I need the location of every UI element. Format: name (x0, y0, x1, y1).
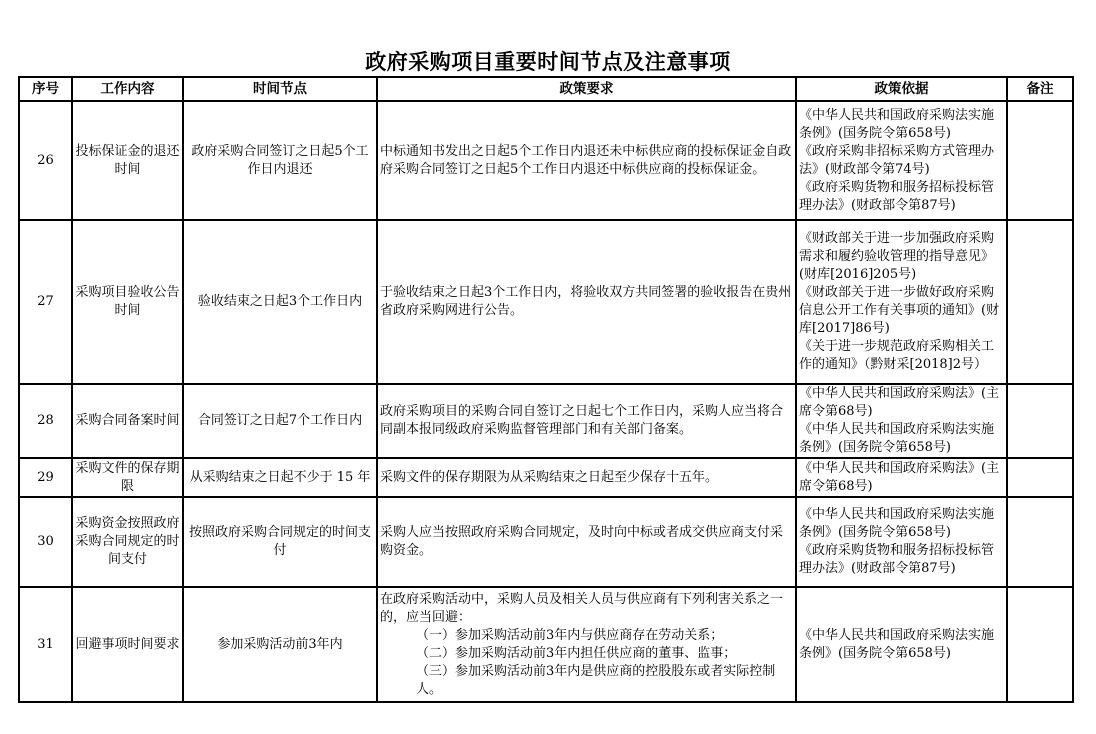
cell-no: 30 (19, 497, 72, 587)
cell-policy-basis: 《财政部关于进一步加强政府采购需求和履约验收管理的指导意见》(财库[2016]2… (796, 220, 1007, 384)
basis-item: 《财政部关于进一步加强政府采购需求和履约验收管理的指导意见》(财库[2016]2… (799, 230, 1004, 284)
cell-policy-requirement: 采购文件的保存期限为从采购结束之日起至少保存十五年。 (377, 458, 796, 497)
basis-item: 《财政部关于进一步做好政府采购信息公开工作有关事项的通知》(财库[2017]86… (799, 284, 1004, 338)
basis-item: 《中华人民共和国政府采购法》(主席令第68号) (799, 460, 1004, 496)
cell-time: 验收结束之日起3个工作日内 (183, 220, 377, 384)
cell-time: 合同签订之日起7个工作日内 (183, 384, 377, 458)
header-row: 序号 工作内容 时间节点 政策要求 政策依据 备注 (19, 77, 1073, 101)
requirement-text: 在政府采购活动中，采购人员及相关人员与供应商有下列利害关系之一的，应当回避： (380, 591, 793, 627)
cell-time: 政府采购合同签订之日起5个工作日内退还 (183, 101, 377, 220)
cell-remark (1007, 220, 1073, 384)
table-row: 27 采购项目验收公告时间 验收结束之日起3个工作日内 于验收结束之日起3个工作… (19, 220, 1073, 384)
cell-policy-requirement: 政府采购项目的采购合同自签订之日起七个工作日内，采购人应当将合同副本报同级政府采… (377, 384, 796, 458)
cell-no: 28 (19, 384, 72, 458)
cell-remark (1007, 497, 1073, 587)
requirement-item: （三）参加采购活动前3年内是供应商的控股股东或者实际控制人。 (380, 663, 793, 699)
requirement-text: 采购文件的保存期限为从采购结束之日起至少保存十五年。 (380, 469, 793, 487)
header-work: 工作内容 (72, 77, 183, 101)
header-time: 时间节点 (183, 77, 377, 101)
header-remark: 备注 (1007, 77, 1073, 101)
cell-remark (1007, 101, 1073, 220)
cell-remark (1007, 458, 1073, 497)
table-row: 30 采购资金按照政府采购合同规定的时间支付 按照政府采购合同规定的时间支付 采… (19, 497, 1073, 587)
cell-policy-basis: 《中华人民共和国政府采购法》(主席令第68号) (796, 458, 1007, 497)
cell-time: 从采购结束之日起不少于 15 年 (183, 458, 377, 497)
cell-no: 29 (19, 458, 72, 497)
header-policy-requirement: 政策要求 (377, 77, 796, 101)
requirement-text: 中标通知书发出之日起5个工作日内退还未中标供应商的投标保证金自政府采购合同签订之… (380, 143, 793, 179)
header-no: 序号 (19, 77, 72, 101)
basis-item: 《政府采购非招标采购方式管理办法》(财政部令第74号) (799, 143, 1004, 179)
header-policy-basis: 政策依据 (796, 77, 1007, 101)
cell-work: 采购文件的保存期限 (72, 458, 183, 497)
cell-work: 投标保证金的退还时间 (72, 101, 183, 220)
cell-no: 31 (19, 587, 72, 702)
basis-item: 《中华人民共和国政府采购法实施条例》(国务院令第658号) (799, 107, 1004, 143)
requirement-text: 政府采购项目的采购合同自签订之日起七个工作日内，采购人应当将合同副本报同级政府采… (380, 403, 793, 439)
table-row: 29 采购文件的保存期限 从采购结束之日起不少于 15 年 采购文件的保存期限为… (19, 458, 1073, 497)
table-row: 28 采购合同备案时间 合同签订之日起7个工作日内 政府采购项目的采购合同自签订… (19, 384, 1073, 458)
cell-no: 27 (19, 220, 72, 384)
cell-policy-basis: 《中华人民共和国政府采购法实施条例》(国务院令第658号) 《政府采购非招标采购… (796, 101, 1007, 220)
cell-work: 采购项目验收公告时间 (72, 220, 183, 384)
cell-remark (1007, 384, 1073, 458)
page-title: 政府采购项目重要时间节点及注意事项 (0, 46, 1096, 76)
table-row: 31 回避事项时间要求 参加采购活动前3年内 在政府采购活动中，采购人员及相关人… (19, 587, 1073, 702)
cell-time: 参加采购活动前3年内 (183, 587, 377, 702)
basis-item: 《关于进一步规范政府采购相关工作的通知》（黔财采[2018]2号） (799, 338, 1004, 374)
cell-work: 采购资金按照政府采购合同规定的时间支付 (72, 497, 183, 587)
cell-work: 采购合同备案时间 (72, 384, 183, 458)
cell-policy-basis: 《中华人民共和国政府采购法实施条例》(国务院令第658号) 《政府采购货物和服务… (796, 497, 1007, 587)
basis-item: 《政府采购货物和服务招标投标管理办法》(财政部令第87号) (799, 179, 1004, 215)
basis-item: 《中华人民共和国政府采购法》(主席令第68号) (799, 385, 1004, 421)
cell-no: 26 (19, 101, 72, 220)
cell-policy-basis: 《中华人民共和国政府采购法实施条例》(国务院令第658号) (796, 587, 1007, 702)
cell-policy-basis: 《中华人民共和国政府采购法》(主席令第68号) 《中华人民共和国政府采购法实施条… (796, 384, 1007, 458)
timeline-table: 序号 工作内容 时间节点 政策要求 政策依据 备注 26 投标保证金的退还时间 … (18, 76, 1074, 703)
requirement-text: 于验收结束之日起3个工作日内，将验收双方共同签署的验收报告在贵州省政府采购网进行… (380, 284, 793, 320)
basis-item: 《中华人民共和国政府采购法实施条例》(国务院令第658号) (799, 506, 1004, 542)
table-row: 26 投标保证金的退还时间 政府采购合同签订之日起5个工作日内退还 中标通知书发… (19, 101, 1073, 220)
cell-policy-requirement: 中标通知书发出之日起5个工作日内退还未中标供应商的投标保证金自政府采购合同签订之… (377, 101, 796, 220)
requirement-item: （二）参加采购活动前3年内担任供应商的董事、监事； (380, 645, 793, 663)
cell-work: 回避事项时间要求 (72, 587, 183, 702)
cell-remark (1007, 587, 1073, 702)
cell-policy-requirement: 在政府采购活动中，采购人员及相关人员与供应商有下列利害关系之一的，应当回避： （… (377, 587, 796, 702)
basis-item: 《政府采购货物和服务招标投标管理办法》(财政部令第87号) (799, 542, 1004, 578)
basis-item: 《中华人民共和国政府采购法实施条例》(国务院令第658号) (799, 627, 1004, 663)
cell-time: 按照政府采购合同规定的时间支付 (183, 497, 377, 587)
requirement-item: （一）参加采购活动前3年内与供应商存在劳动关系； (380, 627, 793, 645)
basis-item: 《中华人民共和国政府采购法实施条例》(国务院令第658号) (799, 421, 1004, 457)
requirement-text: 采购人应当按照政府采购合同规定，及时向中标或者成交供应商支付采购资金。 (380, 524, 793, 560)
cell-policy-requirement: 采购人应当按照政府采购合同规定，及时向中标或者成交供应商支付采购资金。 (377, 497, 796, 587)
cell-policy-requirement: 于验收结束之日起3个工作日内，将验收双方共同签署的验收报告在贵州省政府采购网进行… (377, 220, 796, 384)
